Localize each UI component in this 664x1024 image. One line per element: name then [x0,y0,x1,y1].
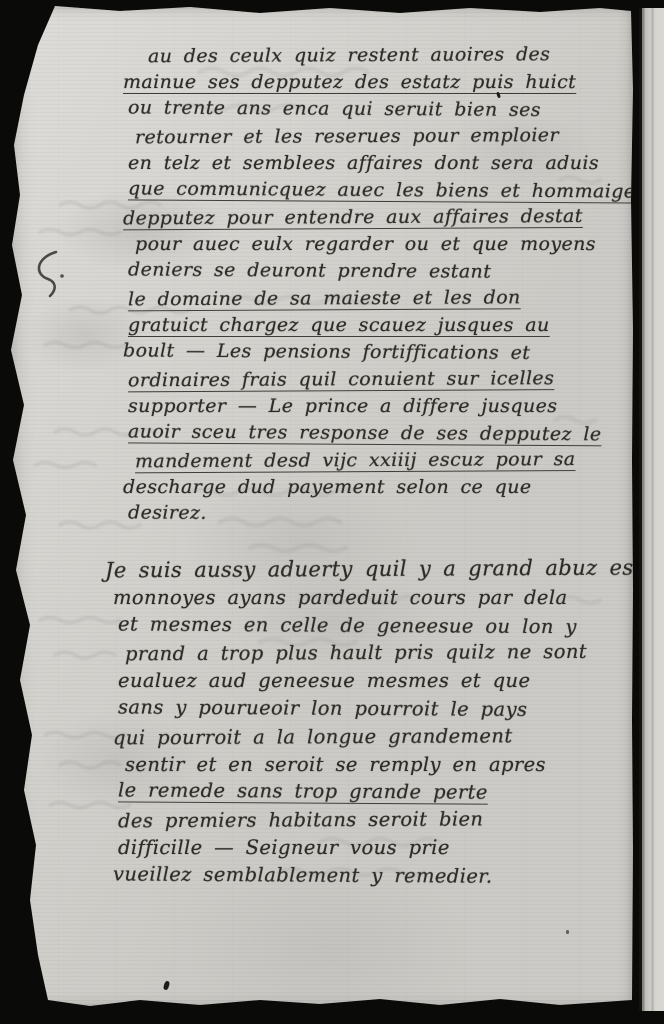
page-edge-shading [0,0,636,1013]
manuscript-page: au des ceulx quiz restent auoires des ma… [0,0,636,1013]
manuscript-scan: au des ceulx quiz restent auoires des ma… [0,0,664,1024]
adjacent-page-edge [639,8,664,1011]
